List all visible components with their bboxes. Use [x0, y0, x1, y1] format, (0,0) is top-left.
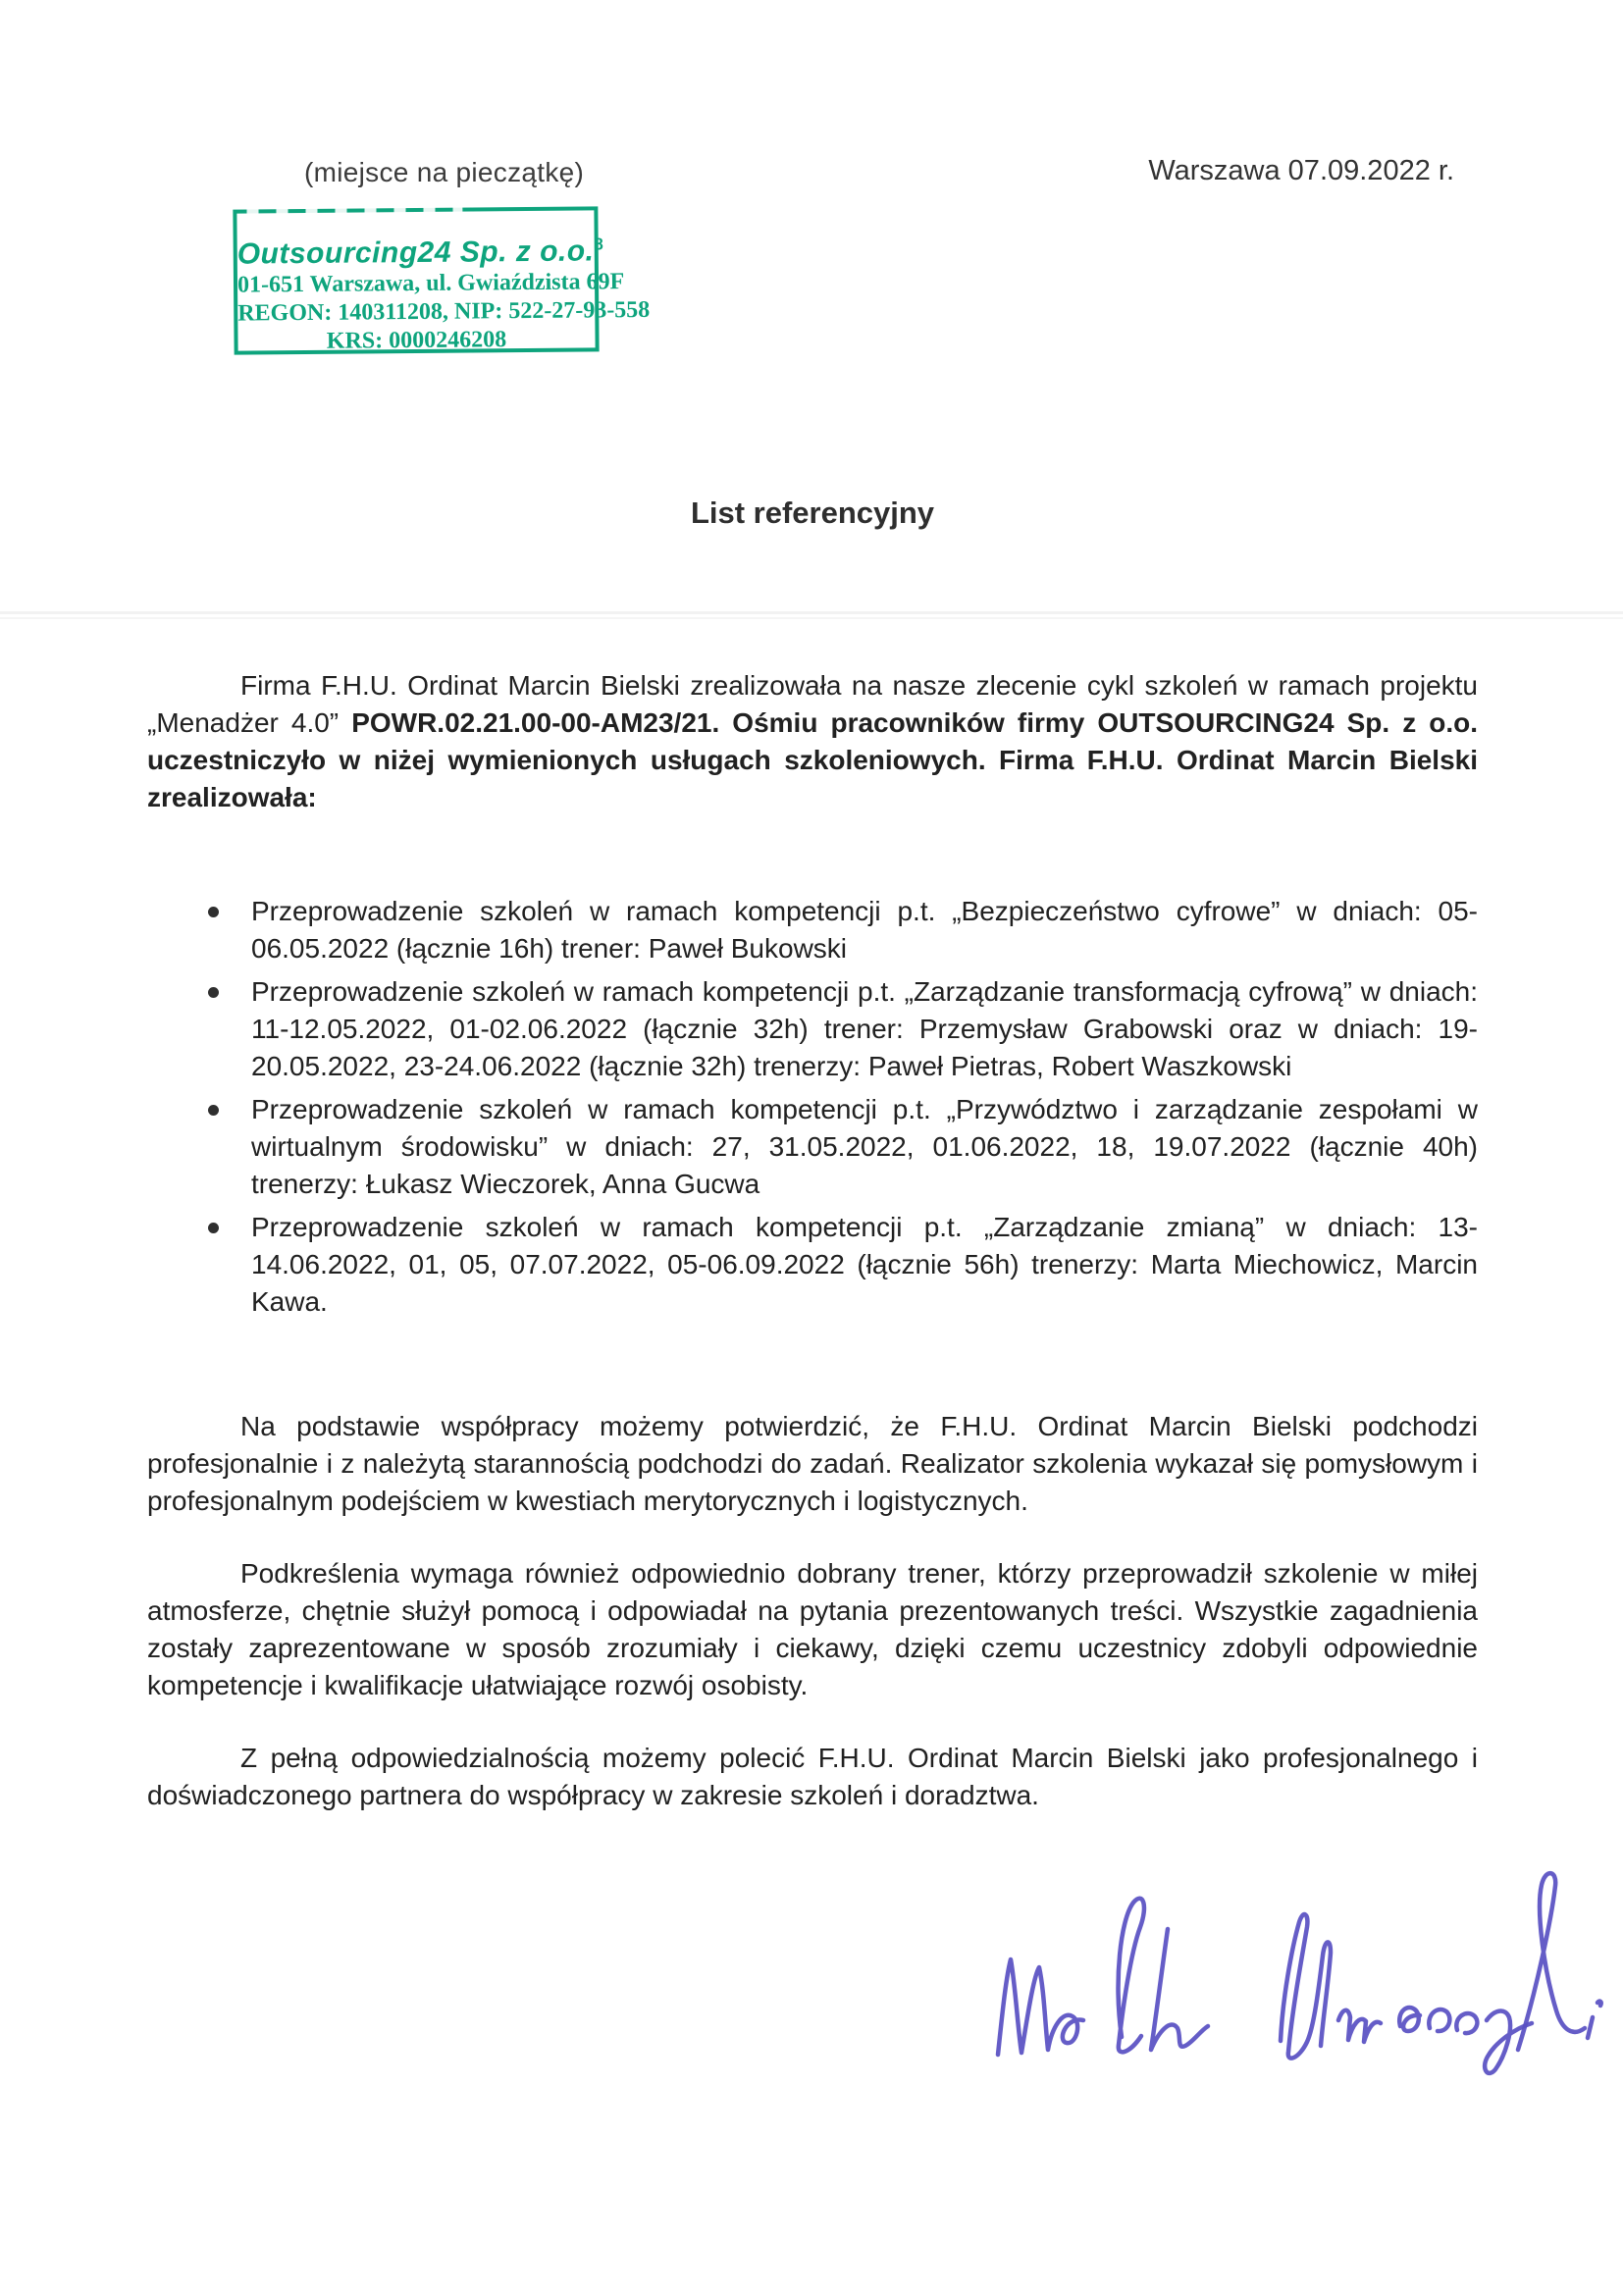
body-paragraph: Na podstawie współpracy możemy potwierdz…: [147, 1408, 1478, 1520]
letter-body: Firma F.H.U. Ordinat Marcin Bielski zrea…: [147, 667, 1478, 1814]
date-line: Warszawa 07.09.2022 r.: [1148, 155, 1454, 187]
list-item-text: Przeprowadzenie szkoleń w ramach kompete…: [251, 1209, 1478, 1321]
scanned-letter-page: (miejsce na pieczątkę) Warszawa 07.09.20…: [0, 0, 1623, 2296]
signature-stroke: [1151, 1929, 1208, 2050]
stamp-placeholder-note: (miejsce na pieczątkę): [304, 157, 584, 188]
list-item-text: Przeprowadzenie szkoleń w ramach kompete…: [251, 1091, 1478, 1203]
signature-stroke: [998, 1959, 1083, 2055]
signature-stroke: [1399, 2008, 1420, 2031]
document-title: List referencyjny: [147, 496, 1478, 531]
body-paragraph: Podkreślenia wymaga również odpowiednio …: [147, 1555, 1478, 1704]
intro-paragraph: Firma F.H.U. Ordinat Marcin Bielski zrea…: [147, 667, 1478, 816]
signature-stroke: [1597, 2002, 1601, 2006]
list-item: Przeprowadzenie szkoleń w ramach kompete…: [208, 893, 1478, 967]
signature-stroke: [1429, 2009, 1449, 2031]
signature-stroke: [1119, 1899, 1144, 2053]
handwritten-signature: [967, 1862, 1614, 2098]
signature-stroke: [1518, 1873, 1585, 2050]
list-item-text: Przeprowadzenie szkoleń w ramach kompete…: [251, 973, 1478, 1085]
body-paragraph: Z pełną odpowiedzialnością możemy poleci…: [147, 1740, 1478, 1814]
list-item: Przeprowadzenie szkoleń w ramach kompete…: [208, 973, 1478, 1085]
bullet-icon: [208, 1223, 219, 1233]
bullet-icon: [208, 1105, 219, 1116]
stamp-company-text: Outsourcing24 Sp. z o.o.: [237, 235, 595, 270]
scan-artifact-line: [0, 611, 1623, 620]
stamp-krs: KRS: 0000246208: [237, 325, 595, 356]
training-list: Przeprowadzenie szkoleń w ramach kompete…: [147, 893, 1478, 1321]
signature-stroke: [1338, 2010, 1381, 2042]
list-item-text: Przeprowadzenie szkoleń w ramach kompete…: [251, 893, 1478, 967]
stamp-superscript: 8: [594, 235, 603, 253]
list-item: Przeprowadzenie szkoleń w ramach kompete…: [208, 1209, 1478, 1321]
company-stamp: Outsourcing24 Sp. z o.o.8 01-651 Warszaw…: [233, 206, 599, 354]
stamp-border-fade: [246, 207, 462, 216]
list-item: Przeprowadzenie szkoleń w ramach kompete…: [208, 1091, 1478, 1203]
stamp-address: 01-651 Warszawa, ul. Gwiaździsta 69F: [237, 268, 595, 299]
signature-stroke: [1456, 2013, 1477, 2033]
bullet-icon: [208, 987, 219, 998]
bullet-icon: [208, 907, 219, 917]
signature-stroke: [1588, 2017, 1593, 2038]
stamp-regon-nip: REGON: 140311208, NIP: 522-27-93-558: [237, 296, 595, 328]
signature-stroke: [1281, 1914, 1331, 2058]
stamp-company-name: Outsourcing24 Sp. z o.o.8: [237, 228, 595, 271]
